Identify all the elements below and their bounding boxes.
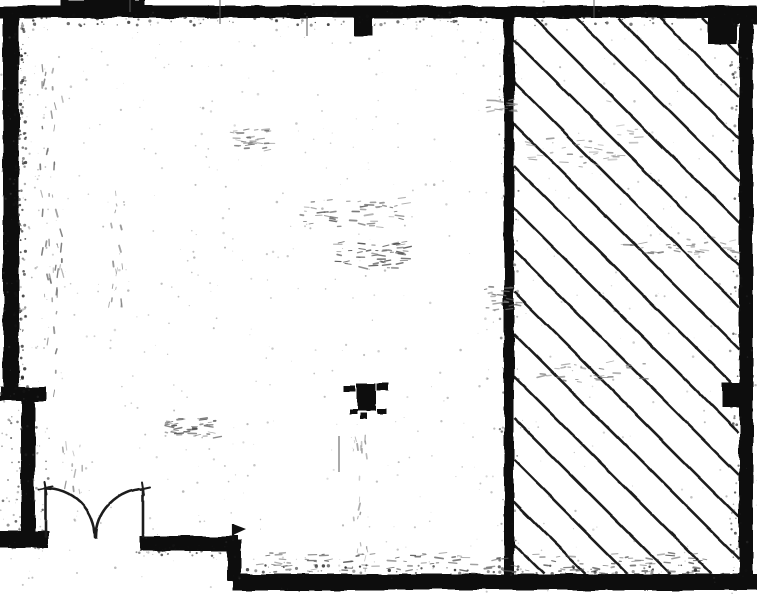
scan-speck	[208, 448, 210, 450]
scan-speck	[189, 551, 191, 553]
scan-speck	[120, 109, 122, 111]
scan-speck	[160, 554, 163, 557]
scan-speck	[366, 20, 367, 21]
scan-speck	[257, 93, 260, 96]
scan-speck	[275, 19, 278, 22]
scan-speck	[408, 8, 409, 9]
scan-speck	[735, 517, 737, 519]
scan-speck	[740, 183, 742, 185]
scan-speck	[751, 19, 753, 21]
scan-speck	[98, 515, 100, 517]
scan-speck	[19, 467, 21, 469]
smudge-stroke	[311, 208, 316, 209]
scan-speck	[233, 575, 234, 576]
smudge-stroke	[360, 543, 361, 546]
scan-speck	[592, 445, 594, 447]
scan-speck	[671, 105, 672, 106]
scan-speck	[513, 174, 514, 175]
smudge-stroke	[116, 204, 117, 206]
scan-speck	[23, 76, 26, 79]
smudge-stroke	[358, 503, 360, 509]
scan-speck	[503, 147, 505, 149]
scan-speck	[522, 571, 524, 573]
scan-speck	[449, 11, 452, 14]
scan-speck	[16, 470, 18, 472]
scan-speck	[173, 425, 175, 427]
smudge-stroke	[61, 243, 62, 252]
scan-speck	[213, 327, 215, 329]
scan-speck	[725, 122, 727, 124]
scan-speck	[45, 247, 47, 249]
scan-speck	[155, 345, 156, 346]
scan-speck	[554, 256, 555, 257]
scan-speck	[251, 329, 252, 330]
scan-speck	[48, 438, 49, 439]
scan-speck	[512, 178, 514, 180]
scan-speck	[501, 163, 502, 164]
smudge-stroke	[504, 301, 508, 302]
scan-speck	[216, 12, 218, 14]
scan-speck	[56, 243, 58, 245]
scan-speck	[10, 395, 11, 396]
scan-speck	[751, 349, 753, 351]
scan-speck	[711, 18, 712, 19]
smudge-stroke	[262, 129, 269, 130]
scan-speck	[517, 190, 519, 192]
scan-speck	[736, 105, 738, 107]
smudge-stroke	[373, 263, 378, 264]
scan-speck	[594, 22, 597, 25]
smudge-stroke	[56, 349, 57, 354]
scan-speck	[88, 193, 90, 195]
scan-speck	[10, 118, 11, 119]
smudge-stroke	[331, 211, 336, 212]
smudge-stroke	[627, 365, 631, 366]
scan-speck	[34, 514, 36, 516]
scan-speck	[38, 400, 39, 401]
scan-speck	[40, 17, 42, 19]
smudge-stroke	[561, 569, 565, 570]
scan-speck	[127, 289, 129, 291]
scan-speck	[486, 475, 488, 477]
scan-speck	[35, 176, 36, 177]
scan-speck	[440, 420, 442, 422]
scan-speck	[189, 20, 192, 23]
scan-speck	[459, 349, 462, 352]
smudge-stroke	[556, 556, 559, 557]
scan-speck	[396, 20, 399, 23]
scan-speck	[43, 347, 45, 349]
scan-speck	[477, 42, 479, 44]
scan-speck	[734, 491, 736, 493]
scan-speck	[264, 564, 266, 566]
smudge-stroke	[387, 560, 395, 561]
scan-speck	[7, 105, 9, 107]
scan-speck	[438, 15, 440, 17]
smudge-stroke	[594, 153, 598, 154]
scan-speck	[31, 577, 33, 579]
scan-speck	[446, 567, 448, 569]
scan-speck	[502, 499, 503, 500]
scan-speck	[37, 94, 39, 96]
scan-speck	[0, 73, 2, 75]
scan-speck	[131, 402, 133, 404]
scan-speck	[724, 588, 725, 589]
scan-speck	[180, 41, 181, 42]
scan-speck	[232, 251, 233, 252]
smudge-stroke	[244, 129, 249, 130]
scan-speck	[20, 88, 23, 91]
scan-speck	[517, 565, 520, 568]
scan-speck	[505, 258, 508, 261]
smudge-stroke	[693, 568, 700, 569]
scan-speck	[503, 29, 505, 31]
scan-speck	[198, 466, 199, 467]
scan-speck	[31, 142, 32, 143]
scan-speck	[304, 225, 306, 227]
scan-speck	[253, 17, 256, 20]
scan-speck	[32, 478, 34, 480]
scan-speck	[22, 270, 25, 273]
scan-speck	[262, 571, 265, 574]
scan-speck	[281, 588, 282, 589]
scan-speck	[510, 473, 511, 474]
scan-speck	[73, 519, 75, 521]
scan-speck	[20, 239, 22, 241]
scan-speck	[23, 197, 24, 198]
scan-speck	[295, 567, 298, 570]
scan-speck	[271, 347, 273, 349]
scan-speck	[734, 415, 736, 417]
smudge-stroke	[358, 516, 359, 518]
smudge-stroke	[53, 390, 54, 397]
smudge-stroke	[358, 201, 361, 202]
smudge-stroke	[585, 147, 592, 148]
scan-speck	[576, 547, 577, 548]
scan-speck	[6, 339, 7, 340]
scan-speck	[690, 496, 693, 499]
scan-speck	[738, 52, 739, 53]
scan-speck	[21, 375, 24, 378]
scan-speck	[498, 571, 501, 574]
scan-speck	[161, 549, 164, 552]
scan-speck	[21, 49, 22, 50]
smudge-stroke	[73, 451, 74, 456]
scan-speck	[140, 550, 141, 551]
scan-speck	[21, 209, 23, 211]
scan-speck	[739, 228, 741, 230]
scan-speck	[612, 379, 614, 381]
smudge-stroke	[420, 555, 426, 556]
scan-speck	[414, 526, 416, 528]
scan-speck	[211, 100, 213, 102]
scan-speck	[4, 309, 6, 311]
scan-speck	[16, 205, 17, 206]
scan-speck	[272, 251, 274, 253]
scan-speck	[352, 448, 353, 449]
scan-speck	[378, 100, 379, 101]
scan-speck	[345, 344, 347, 346]
smudge-stroke	[458, 556, 462, 557]
scan-speck	[488, 369, 489, 370]
scan-speck	[733, 567, 734, 568]
scan-speck	[733, 570, 734, 571]
smudge-stroke	[566, 556, 575, 557]
scan-speck	[37, 346, 38, 347]
scan-speck	[114, 290, 115, 291]
scan-speck	[740, 277, 743, 280]
scan-speck	[756, 570, 757, 571]
scan-speck	[652, 22, 654, 24]
smudge-stroke	[635, 137, 644, 138]
scan-speck	[9, 545, 10, 546]
scan-speck	[135, 14, 137, 16]
scan-speck	[280, 36, 281, 37]
scan-speck	[198, 19, 200, 21]
smudge-stroke	[359, 249, 366, 250]
scan-speck	[647, 225, 648, 226]
scan-speck	[4, 87, 6, 89]
smudge-stroke	[383, 245, 389, 247]
scan-speck	[590, 375, 592, 377]
scan-speck	[720, 84, 722, 86]
smudge-stroke	[248, 144, 254, 145]
scan-speck	[632, 341, 635, 344]
scan-speck	[332, 133, 333, 134]
scan-speck	[734, 286, 737, 289]
scan-speck	[498, 133, 500, 135]
scan-speck	[63, 209, 64, 210]
scan-speck	[363, 354, 365, 356]
scan-speck	[247, 475, 249, 477]
scan-speck	[478, 110, 479, 111]
scan-speck	[6, 282, 8, 284]
smudge-stroke	[639, 242, 648, 244]
smudge-stroke	[56, 210, 58, 217]
scan-speck	[415, 28, 417, 30]
scan-speck	[478, 385, 480, 387]
scan-speck	[695, 12, 698, 15]
scan-speck	[45, 87, 47, 89]
scan-speck	[242, 441, 244, 443]
scan-speck	[34, 267, 36, 269]
scan-speck	[24, 132, 26, 134]
scan-speck	[22, 257, 24, 259]
scan-speck	[516, 455, 518, 457]
scan-speck	[266, 253, 268, 255]
smudge-stroke	[404, 246, 411, 248]
smudge-stroke	[300, 215, 303, 216]
scan-speck	[446, 397, 448, 399]
scan-speck	[22, 349, 24, 351]
scan-speck	[18, 461, 20, 463]
smudge-stroke	[674, 251, 680, 252]
scan-speck	[648, 565, 651, 568]
scan-speck	[7, 240, 8, 241]
scan-speck	[384, 269, 386, 271]
scan-speck	[738, 310, 739, 311]
scan-speck	[542, 17, 544, 19]
scan-speck	[260, 529, 261, 530]
smudge-stroke	[355, 437, 356, 442]
scan-speck	[740, 56, 742, 58]
scan-speck	[503, 96, 505, 98]
scan-speck	[733, 76, 736, 79]
scan-speck	[613, 63, 616, 66]
scan-speck	[479, 489, 480, 490]
smudge-stroke	[309, 223, 313, 224]
scan-speck	[440, 20, 441, 21]
scan-speck	[486, 21, 488, 23]
scan-speck	[14, 52, 16, 54]
scan-speck	[744, 569, 747, 572]
scan-speck	[200, 23, 201, 24]
scan-speck	[229, 21, 230, 22]
smudge-stroke	[377, 227, 384, 228]
scan-speck	[514, 573, 515, 574]
scan-speck	[732, 422, 735, 425]
scan-speck	[508, 55, 510, 57]
scan-speck	[516, 316, 518, 318]
scan-speck	[559, 66, 561, 68]
scan-speck	[15, 341, 17, 343]
scan-speck	[549, 356, 551, 358]
scan-speck	[269, 346, 270, 347]
scan-speck	[37, 169, 39, 171]
scan-speck	[6, 497, 7, 498]
scan-speck	[668, 333, 670, 335]
scan-speck	[7, 291, 9, 293]
scan-speck	[129, 281, 130, 282]
scan-speck	[516, 270, 519, 273]
pencil-smudge	[63, 441, 83, 493]
scan-speck	[157, 534, 158, 535]
scan-speck	[21, 79, 24, 82]
scan-speck	[397, 548, 399, 550]
scan-speck	[35, 66, 36, 67]
scan-speck	[346, 178, 348, 180]
smudge-stroke	[599, 368, 603, 369]
scan-speck	[315, 22, 316, 23]
scan-speck	[740, 427, 742, 429]
scan-speck	[211, 546, 213, 548]
scan-speck	[335, 19, 336, 20]
scan-speck	[740, 522, 742, 524]
scan-speck	[208, 66, 209, 67]
scan-speck	[490, 491, 492, 493]
smudge-stroke	[175, 433, 184, 434]
scan-speck	[499, 96, 500, 97]
scan-speck	[76, 572, 78, 574]
smudge-stroke	[669, 553, 675, 554]
scan-speck	[501, 197, 503, 199]
scan-speck	[193, 256, 195, 258]
smudge-stroke	[74, 470, 76, 478]
scan-speck	[18, 410, 19, 411]
scan-speck	[678, 119, 680, 121]
scan-speck	[739, 513, 741, 515]
scan-speck	[37, 396, 39, 398]
scan-speck	[202, 107, 205, 110]
scan-speck	[19, 204, 22, 207]
scan-speck	[200, 133, 202, 135]
scan-speck	[342, 524, 344, 526]
scan-speck	[200, 552, 201, 553]
scan-speck	[15, 520, 18, 523]
scan-speck	[339, 559, 340, 560]
scan-speck	[158, 551, 160, 553]
scan-speck	[45, 166, 47, 168]
scan-speck	[38, 210, 40, 212]
scan-speck	[191, 65, 193, 67]
scan-speck	[167, 553, 168, 554]
scan-speck	[650, 173, 651, 174]
scan-speck	[740, 86, 741, 87]
scan-speck	[736, 89, 737, 90]
smudge-stroke	[398, 197, 405, 198]
scan-speck	[125, 269, 126, 270]
scan-speck	[541, 325, 542, 326]
scan-speck	[25, 147, 28, 150]
scan-speck	[17, 532, 18, 533]
scan-speck	[207, 148, 209, 150]
scan-speck	[250, 278, 252, 280]
scan-speck	[451, 573, 452, 574]
scan-speck	[25, 80, 27, 82]
scan-speck	[739, 353, 741, 355]
scan-speck	[305, 152, 307, 154]
scan-speck	[514, 264, 515, 265]
scan-speck	[513, 96, 515, 98]
smudge-stroke	[703, 559, 707, 560]
scan-speck	[522, 576, 524, 578]
scan-speck	[510, 574, 512, 576]
scan-speck	[740, 343, 741, 344]
scan-speck	[501, 540, 503, 542]
scan-speck	[632, 570, 635, 573]
scan-speck	[309, 227, 311, 229]
scan-speck	[463, 93, 464, 94]
scan-speck	[651, 309, 652, 310]
scan-speck	[457, 29, 458, 30]
scan-speck	[136, 24, 139, 27]
scan-speck	[246, 423, 248, 425]
smudge-stroke	[721, 243, 726, 244]
scan-speck	[56, 220, 57, 221]
scan-speck	[13, 183, 15, 185]
scan-speck	[29, 464, 30, 465]
scan-speck	[356, 118, 357, 119]
scan-speck	[704, 421, 706, 423]
smudge-stroke	[628, 131, 634, 132]
scan-speck	[20, 109, 23, 112]
scan-speck	[737, 465, 739, 467]
scan-speck	[640, 38, 641, 39]
scan-speck	[137, 18, 139, 20]
scan-speck	[13, 292, 16, 295]
scan-speck	[548, 495, 550, 497]
scan-speck	[733, 417, 735, 419]
scan-speck	[10, 193, 12, 195]
scan-speck	[675, 16, 677, 18]
scan-speck	[232, 238, 233, 239]
scan-speck	[432, 17, 433, 18]
scan-speck	[41, 509, 43, 511]
scan-speck	[20, 329, 21, 330]
scan-speck	[210, 586, 212, 588]
bottom-left-wall	[0, 531, 49, 548]
scan-speck	[127, 21, 130, 24]
